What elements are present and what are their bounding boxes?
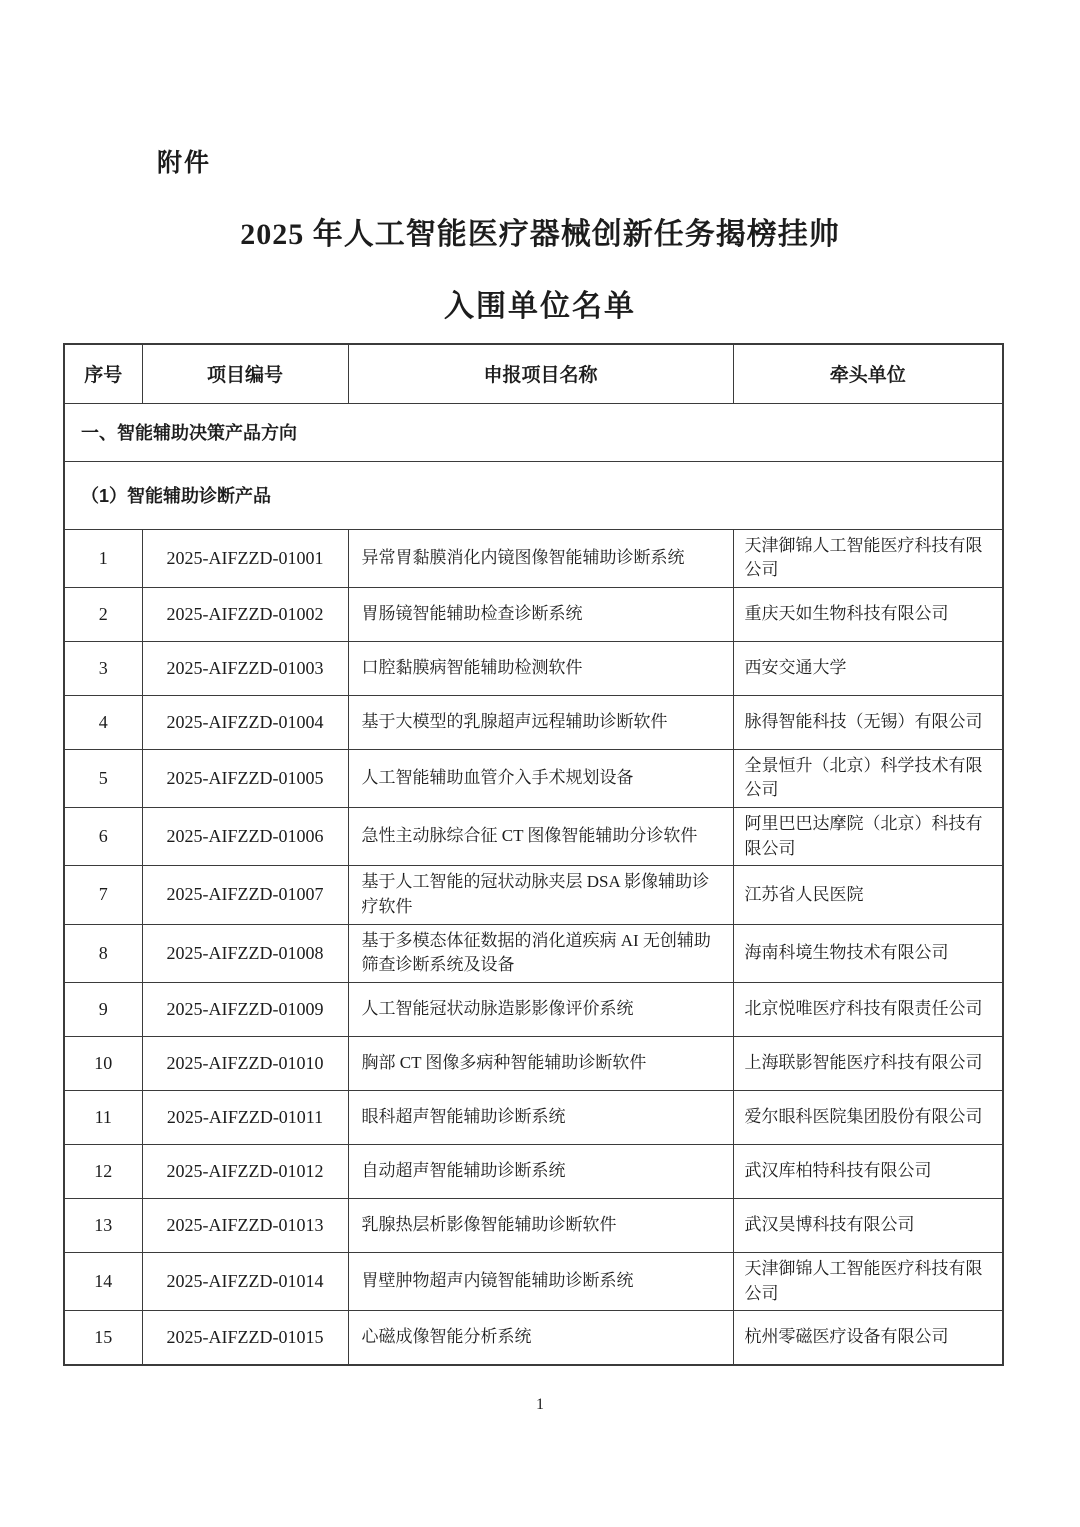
- row-seq-no: 11: [64, 1090, 142, 1144]
- table-row: 82025-AIFZZD-01008基于多模态体征数据的消化道疾病 AI 无创辅…: [64, 924, 1003, 982]
- row-seq-no: 5: [64, 749, 142, 807]
- row-seq-no: 9: [64, 982, 142, 1036]
- row-project-id: 2025-AIFZZD-01011: [142, 1090, 348, 1144]
- row-lead-org: 全景恒升（北京）科学技术有限公司: [733, 749, 1003, 807]
- row-project-name: 人工智能冠状动脉造影影像评价系统: [348, 982, 733, 1036]
- attachment-label: 附件: [157, 143, 211, 179]
- row-seq-no: 12: [64, 1144, 142, 1198]
- table-row: 42025-AIFZZD-01004基于大模型的乳腺超声远程辅助诊断软件脉得智能…: [64, 695, 1003, 749]
- row-lead-org: 北京悦唯医疗科技有限责任公司: [733, 982, 1003, 1036]
- row-project-id: 2025-AIFZZD-01010: [142, 1036, 348, 1090]
- row-project-id: 2025-AIFZZD-01014: [142, 1252, 348, 1310]
- row-project-id: 2025-AIFZZD-01009: [142, 982, 348, 1036]
- row-seq-no: 3: [64, 641, 142, 695]
- row-project-name: 异常胃黏膜消化内镜图像智能辅助诊断系统: [348, 529, 733, 587]
- row-seq-no: 1: [64, 529, 142, 587]
- row-seq-no: 10: [64, 1036, 142, 1090]
- row-project-id: 2025-AIFZZD-01001: [142, 529, 348, 587]
- row-lead-org: 脉得智能科技（无锡）有限公司: [733, 695, 1003, 749]
- document-subtitle: 入围单位名单: [0, 281, 1080, 325]
- row-project-id: 2025-AIFZZD-01002: [142, 587, 348, 641]
- row-lead-org: 武汉昊博科技有限公司: [733, 1198, 1003, 1252]
- header-seq-no: 序号: [64, 344, 142, 403]
- row-project-name: 胃壁肿物超声内镜智能辅助诊断系统: [348, 1252, 733, 1310]
- table-row: 32025-AIFZZD-01003口腔黏膜病智能辅助检测软件西安交通大学: [64, 641, 1003, 695]
- row-seq-no: 4: [64, 695, 142, 749]
- page-number: 1: [0, 1396, 1080, 1414]
- header-project-id: 项目编号: [142, 344, 348, 403]
- row-seq-no: 8: [64, 924, 142, 982]
- table-row: 142025-AIFZZD-01014胃壁肿物超声内镜智能辅助诊断系统天津御锦人…: [64, 1252, 1003, 1310]
- subsection-row: （1）智能辅助诊断产品: [64, 461, 1003, 529]
- row-lead-org: 江苏省人民医院: [733, 866, 1003, 924]
- row-project-name: 基于人工智能的冠状动脉夹层 DSA 影像辅助诊疗软件: [348, 866, 733, 924]
- row-project-name: 人工智能辅助血管介入手术规划设备: [348, 749, 733, 807]
- header-lead-org: 牵头单位: [733, 344, 1003, 403]
- table-row: 52025-AIFZZD-01005人工智能辅助血管介入手术规划设备全景恒升（北…: [64, 749, 1003, 807]
- table-row: 62025-AIFZZD-01006急性主动脉综合征 CT 图像智能辅助分诊软件…: [64, 808, 1003, 866]
- row-lead-org: 重庆天如生物科技有限公司: [733, 587, 1003, 641]
- row-lead-org: 海南科境生物技术有限公司: [733, 924, 1003, 982]
- row-project-name: 急性主动脉综合征 CT 图像智能辅助分诊软件: [348, 808, 733, 866]
- row-project-name: 胃肠镜智能辅助检查诊断系统: [348, 587, 733, 641]
- row-project-name: 心磁成像智能分析系统: [348, 1311, 733, 1365]
- row-project-id: 2025-AIFZZD-01006: [142, 808, 348, 866]
- table-row: 132025-AIFZZD-01013乳腺热层析影像智能辅助诊断软件武汉昊博科技…: [64, 1198, 1003, 1252]
- table-row: 12025-AIFZZD-01001异常胃黏膜消化内镜图像智能辅助诊断系统天津御…: [64, 529, 1003, 587]
- row-project-name: 胸部 CT 图像多病种智能辅助诊断软件: [348, 1036, 733, 1090]
- row-lead-org: 天津御锦人工智能医疗科技有限公司: [733, 1252, 1003, 1310]
- row-seq-no: 2: [64, 587, 142, 641]
- section-title: 一、智能辅助决策产品方向: [64, 403, 1003, 461]
- row-lead-org: 阿里巴巴达摩院（北京）科技有限公司: [733, 808, 1003, 866]
- row-seq-no: 15: [64, 1311, 142, 1365]
- row-project-name: 基于多模态体征数据的消化道疾病 AI 无创辅助筛查诊断系统及设备: [348, 924, 733, 982]
- document-title: 2025 年人工智能医疗器械创新任务揭榜挂帅: [0, 209, 1080, 253]
- row-project-id: 2025-AIFZZD-01008: [142, 924, 348, 982]
- row-seq-no: 7: [64, 866, 142, 924]
- row-lead-org: 杭州零磁医疗设备有限公司: [733, 1311, 1003, 1365]
- row-seq-no: 13: [64, 1198, 142, 1252]
- row-project-id: 2025-AIFZZD-01005: [142, 749, 348, 807]
- row-project-id: 2025-AIFZZD-01003: [142, 641, 348, 695]
- row-project-id: 2025-AIFZZD-01013: [142, 1198, 348, 1252]
- table-header-row: 序号 项目编号 申报项目名称 牵头单位: [64, 344, 1003, 403]
- table-row: 152025-AIFZZD-01015心磁成像智能分析系统杭州零磁医疗设备有限公…: [64, 1311, 1003, 1365]
- section-row: 一、智能辅助决策产品方向: [64, 403, 1003, 461]
- row-project-id: 2025-AIFZZD-01007: [142, 866, 348, 924]
- row-lead-org: 爱尔眼科医院集团股份有限公司: [733, 1090, 1003, 1144]
- row-project-name: 眼科超声智能辅助诊断系统: [348, 1090, 733, 1144]
- table-row: 22025-AIFZZD-01002胃肠镜智能辅助检查诊断系统重庆天如生物科技有…: [64, 587, 1003, 641]
- table-row: 72025-AIFZZD-01007基于人工智能的冠状动脉夹层 DSA 影像辅助…: [64, 866, 1003, 924]
- row-project-name: 乳腺热层析影像智能辅助诊断软件: [348, 1198, 733, 1252]
- row-lead-org: 武汉库柏特科技有限公司: [733, 1144, 1003, 1198]
- row-project-id: 2025-AIFZZD-01015: [142, 1311, 348, 1365]
- table-body: 一、智能辅助决策产品方向 （1）智能辅助诊断产品 12025-AIFZZD-01…: [64, 403, 1003, 1365]
- row-lead-org: 天津御锦人工智能医疗科技有限公司: [733, 529, 1003, 587]
- row-lead-org: 西安交通大学: [733, 641, 1003, 695]
- row-seq-no: 14: [64, 1252, 142, 1310]
- table-row: 92025-AIFZZD-01009人工智能冠状动脉造影影像评价系统北京悦唯医疗…: [64, 982, 1003, 1036]
- shortlist-table: 序号 项目编号 申报项目名称 牵头单位 一、智能辅助决策产品方向 （1）智能辅助…: [63, 343, 1004, 1366]
- row-lead-org: 上海联影智能医疗科技有限公司: [733, 1036, 1003, 1090]
- header-project-name: 申报项目名称: [348, 344, 733, 403]
- row-seq-no: 6: [64, 808, 142, 866]
- row-project-id: 2025-AIFZZD-01004: [142, 695, 348, 749]
- subsection-title: （1）智能辅助诊断产品: [64, 461, 1003, 529]
- document-page: 附件 2025 年人工智能医疗器械创新任务揭榜挂帅 入围单位名单 序号 项目编号…: [0, 0, 1080, 1527]
- row-project-name: 基于大模型的乳腺超声远程辅助诊断软件: [348, 695, 733, 749]
- table-row: 122025-AIFZZD-01012自动超声智能辅助诊断系统武汉库柏特科技有限…: [64, 1144, 1003, 1198]
- row-project-name: 口腔黏膜病智能辅助检测软件: [348, 641, 733, 695]
- table-row: 112025-AIFZZD-01011眼科超声智能辅助诊断系统爱尔眼科医院集团股…: [64, 1090, 1003, 1144]
- row-project-id: 2025-AIFZZD-01012: [142, 1144, 348, 1198]
- table-row: 102025-AIFZZD-01010胸部 CT 图像多病种智能辅助诊断软件上海…: [64, 1036, 1003, 1090]
- row-project-name: 自动超声智能辅助诊断系统: [348, 1144, 733, 1198]
